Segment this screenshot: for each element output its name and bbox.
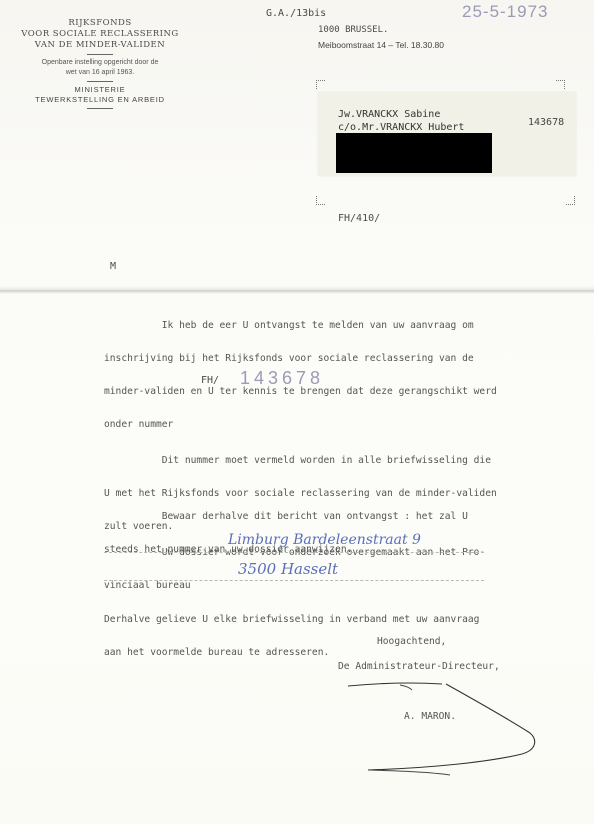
- text-line: onder nummer: [104, 419, 497, 430]
- signature-icon: [340, 678, 540, 788]
- salutation: M: [110, 261, 116, 272]
- address-phone: Meiboomstraat 14 – Tel. 18.30.80: [318, 40, 444, 50]
- handwritten-office-line1: Limburg Bardeleenstraat 9: [228, 532, 421, 548]
- window-corner-tr: [556, 80, 565, 89]
- text-line: aan het voormelde bureau te adresseren.: [104, 647, 479, 658]
- text-line: vinciaal bureau: [104, 580, 485, 591]
- text-line: Ik heb de eer U ontvangst te melden van …: [104, 320, 497, 331]
- paper-fold-crease: [0, 286, 594, 294]
- city: 1000 BRUSSEL.: [318, 25, 388, 35]
- closing-greeting: Hoogachtend,: [377, 636, 446, 647]
- recipient-care-of: c/o.Mr.VRANCKX Hubert: [338, 122, 464, 133]
- signatory-title: De Administrateur-Directeur,: [338, 661, 500, 672]
- fill-line: [104, 552, 484, 553]
- divider: [87, 108, 113, 109]
- founded-line2: wet van 16 april 1963.: [0, 68, 200, 78]
- org-name-line3: VAN DE MINDER-VALIDEN: [0, 40, 200, 51]
- window-corner-bl: [316, 196, 325, 205]
- org-name-line2: VOOR SOCIALE RECLASSERING: [0, 29, 200, 40]
- ministry-line2: TEWERKSTELLING EN ARBEID: [0, 95, 200, 105]
- paragraph-5: Derhalve gelieve U elke briefwisseling i…: [104, 592, 479, 669]
- window-corner-br: [566, 196, 575, 205]
- text-line: Derhalve gelieve U elke briefwisseling i…: [104, 614, 479, 625]
- text-line: Dit nummer moet vermeld worden in alle b…: [104, 455, 497, 466]
- recipient-name: Jw.VRANCKX Sabine: [338, 109, 440, 120]
- redaction-box: [336, 133, 492, 173]
- ministry-line1: MINISTERIE: [0, 85, 200, 95]
- org-name-line1: RIJKSFONDS: [0, 18, 200, 29]
- text-line: inschrijving bij het Rijksfonds voor soc…: [104, 353, 497, 364]
- number-stamp: 143678: [240, 368, 324, 389]
- file-reference: FH/410/: [338, 213, 380, 224]
- letterhead: RIJKSFONDS VOOR SOCIALE RECLASSERING VAN…: [0, 18, 200, 112]
- text-line: Bewaar derhalve dit bericht van ontvangs…: [104, 511, 468, 522]
- founded-line1: Openbare instelling opgericht door de: [0, 58, 200, 68]
- reference-code: G.A./13bis: [266, 8, 326, 19]
- window-corner-tl: [316, 80, 325, 89]
- divider: [87, 81, 113, 82]
- date-stamp: 25-5-1973: [462, 2, 549, 22]
- number-prefix: FH/: [201, 375, 219, 386]
- handwritten-office-line2: 3500 Hasselt: [238, 560, 338, 578]
- divider: [87, 54, 113, 55]
- fill-line: [104, 580, 484, 581]
- recipient-file-number: 143678: [528, 117, 564, 128]
